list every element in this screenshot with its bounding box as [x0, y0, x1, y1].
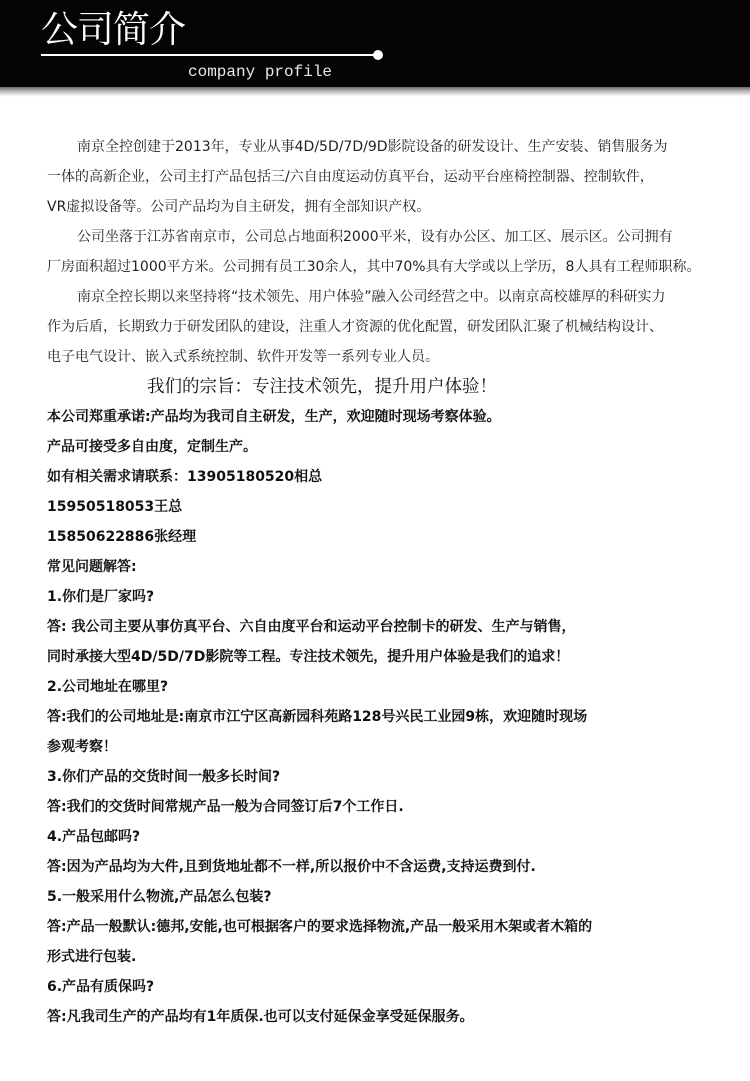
faq-question: 4.产品包邮吗? [47, 822, 727, 852]
faq-answer: 形式进行包装. [47, 942, 727, 972]
intro-paragraph-1: 南京全控创建于2013年，专业从事4D/5D/7D/9D影院设备的研发设计、生产… [47, 132, 727, 222]
header-banner: 公司简介 company profile [0, 0, 750, 87]
text-line: 厂房面积超过1000平方米。公司拥有员工30余人，其中70%具有大学或以上学历，… [47, 252, 727, 282]
contact-line: 如有相关需求请联系：13905180520相总 [47, 462, 727, 492]
content: 南京全控创建于2013年，专业从事4D/5D/7D/9D影院设备的研发设计、生产… [47, 132, 727, 1032]
faq-item-5: 5.一般采用什么物流,产品怎么包装? 答:产品一般默认:德邦,安能,也可根据客户… [47, 882, 727, 972]
text-line: 作为后盾，长期致力于研发团队的建设，注重人才资源的优化配置，研发团队汇聚了机械结… [47, 312, 727, 342]
faq-item-2: 2.公司地址在哪里? 答:我们的公司地址是:南京市江宁区高新园科苑路128号兴民… [47, 672, 727, 762]
faq-question: 3.你们产品的交货时间一般多长时间? [47, 762, 727, 792]
page-title: 公司简介 [41, 8, 185, 52]
faq-answer: 答:我们的公司地址是:南京市江宁区高新园科苑路128号兴民工业园9栋，欢迎随时现… [47, 702, 727, 732]
faq-heading: 常见问题解答: [47, 552, 727, 582]
faq-answer: 答:我们的交货时间常规产品一般为合同签订后7个工作日. [47, 792, 727, 822]
faq-answer: 同时承接大型4D/5D/7D影院等工程。专注技术领先，提升用户体验是我们的追求！ [47, 642, 727, 672]
faq-item-6: 6.产品有质保吗? 答:凡我司生产的产品均有1年质保.也可以支付延保金享受延保服… [47, 972, 727, 1032]
promise-text: 本公司郑重承诺:产品均为我司自主研发，生产，欢迎随时现场考察体验。 [47, 402, 727, 432]
faq-question: 5.一般采用什么物流,产品怎么包装? [47, 882, 727, 912]
faq-answer: 答:因为产品均为大件,且到货地址都不一样,所以报价中不含运费,支持运费到付. [47, 852, 727, 882]
motto-heading: 我们的宗旨：专注技术领先，提升用户体验！ [47, 372, 727, 402]
faq-answer: 答: 我公司主要从事仿真平台、六自由度平台和运动平台控制卡的研发、生产与销售， [47, 612, 727, 642]
intro-paragraph-2: 公司坐落于江苏省南京市，公司总占地面积2000平米，设有办公区、加工区、展示区。… [47, 222, 727, 282]
underline-dot-icon [373, 50, 383, 60]
faq-question: 2.公司地址在哪里? [47, 672, 727, 702]
intro-paragraph-3: 南京全控长期以来坚持将“技术领先、用户体验”融入公司经营之中。以南京高校雄厚的科… [47, 282, 727, 372]
contact-line: 15850622886张经理 [47, 522, 727, 552]
info-section: 本公司郑重承诺:产品均为我司自主研发，生产，欢迎随时现场考察体验。 产品可接受多… [47, 402, 727, 1032]
page-subtitle: company profile [188, 62, 332, 82]
text-line: 一体的高新企业，公司主打产品包括三/六自由度运动仿真平台，运动平台座椅控制器、控… [47, 162, 727, 192]
text-line: 公司坐落于江苏省南京市，公司总占地面积2000平米，设有办公区、加工区、展示区。… [47, 222, 727, 252]
faq-answer: 答:产品一般默认:德邦,安能,也可根据客户的要求选择物流,产品一般采用木架或者木… [47, 912, 727, 942]
faq-question: 1.你们是厂家吗? [47, 582, 727, 612]
faq-item-4: 4.产品包邮吗? 答:因为产品均为大件,且到货地址都不一样,所以报价中不含运费,… [47, 822, 727, 882]
faq-question: 6.产品有质保吗? [47, 972, 727, 1002]
text-line: VR虚拟设备等。公司产品均为自主研发，拥有全部知识产权。 [47, 192, 727, 222]
faq-answer: 参观考察！ [47, 732, 727, 762]
contact-line: 15950518053王总 [47, 492, 727, 522]
text-line: 南京全控长期以来坚持将“技术领先、用户体验”融入公司经营之中。以南京高校雄厚的科… [47, 282, 727, 312]
text-line: 南京全控创建于2013年，专业从事4D/5D/7D/9D影院设备的研发设计、生产… [47, 132, 727, 162]
title-underline [41, 54, 377, 56]
header-shadow [0, 87, 750, 97]
faq-answer: 答:凡我司生产的产品均有1年质保.也可以支付延保金享受延保服务。 [47, 1002, 727, 1032]
customization-text: 产品可接受多自由度，定制生产。 [47, 432, 727, 462]
text-line: 电子电气设计、嵌入式系统控制、软件开发等一系列专业人员。 [47, 342, 727, 372]
faq-item-1: 1.你们是厂家吗? 答: 我公司主要从事仿真平台、六自由度平台和运动平台控制卡的… [47, 582, 727, 672]
faq-item-3: 3.你们产品的交货时间一般多长时间? 答:我们的交货时间常规产品一般为合同签订后… [47, 762, 727, 822]
